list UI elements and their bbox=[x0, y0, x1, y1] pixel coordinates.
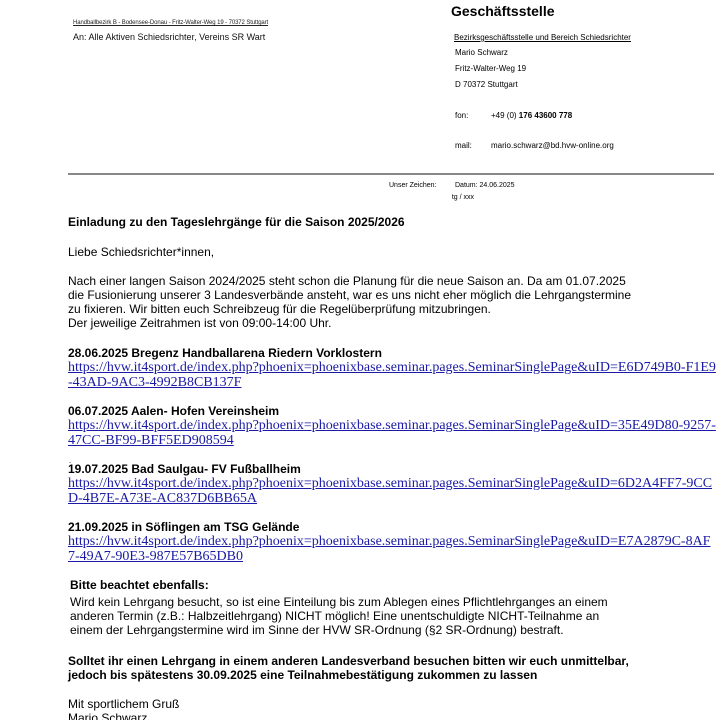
header-divider bbox=[68, 173, 714, 175]
warning-paragraph: Solltet ihr einen Lehrgang in einem ande… bbox=[68, 654, 718, 682]
office-title: Geschäftsstelle bbox=[451, 3, 555, 19]
event-registration-link[interactable]: https://hvw.it4sport.de/index.php?phoeni… bbox=[68, 476, 716, 506]
letter-date: Datum: 24.06.2025 bbox=[455, 182, 515, 189]
event-title: 06.07.2025 Aalen- Hofen Vereinsheim bbox=[68, 404, 718, 418]
office-city: D 70372 Stuttgart bbox=[455, 80, 518, 89]
event-registration-link[interactable]: https://hvw.it4sport.de/index.php?phoeni… bbox=[68, 418, 716, 448]
mail-label: mail: bbox=[455, 141, 472, 150]
mail-value[interactable]: mario.schwarz@bd.hvw-online.org bbox=[491, 141, 614, 150]
event-title: 28.06.2025 Bregenz Handballarena Riedern… bbox=[68, 346, 718, 360]
reference-label: Unser Zeichen: bbox=[389, 182, 436, 189]
phone-value: +49 (0) 176 43600 778 bbox=[491, 111, 572, 120]
note-paragraph: Wird kein Lehrgang besucht, so ist eine … bbox=[70, 595, 720, 637]
note-line: anderen Termin (z.B.: Halbzeitlehrgang) … bbox=[70, 609, 720, 623]
event-item: 19.07.2025 Bad Saulgau- FV Fußballheim h… bbox=[68, 462, 718, 506]
phone-label: fon: bbox=[455, 111, 468, 120]
event-registration-link[interactable]: https://hvw.it4sport.de/index.php?phoeni… bbox=[68, 534, 716, 564]
note-heading: Bitte beachtet ebenfalls: bbox=[70, 578, 209, 592]
phone-number: 176 43600 778 bbox=[519, 111, 572, 120]
closing-salutation: Mit sportlichem Gruß bbox=[68, 697, 179, 711]
office-street: Fritz-Walter-Weg 19 bbox=[455, 64, 526, 73]
intro-line: zu fixieren. Wir bitten euch Schreibzeug… bbox=[68, 302, 718, 316]
office-department: Bezirksgeschäftsstelle und Bereich Schie… bbox=[454, 33, 631, 42]
event-item: 06.07.2025 Aalen- Hofen Vereinsheim http… bbox=[68, 404, 718, 448]
intro-line: Nach einer langen Saison 2024/2025 steht… bbox=[68, 274, 718, 288]
phone-prefix: +49 (0) bbox=[491, 111, 519, 120]
intro-paragraph: Nach einer langen Saison 2024/2025 steht… bbox=[68, 274, 718, 330]
reference-value: tg / xxx bbox=[446, 194, 474, 201]
warning-line: jedoch bis spätestens 30.09.2025 eine Te… bbox=[68, 668, 718, 682]
letter-subject: Einladung zu den Tageslehrgänge für die … bbox=[68, 215, 405, 229]
note-line: Wird kein Lehrgang besucht, so ist eine … bbox=[70, 595, 720, 609]
event-title: 21.09.2025 in Söflingen am TSG Gelände bbox=[68, 520, 718, 534]
intro-line: die Fusionierung unserer 3 Landesverbänd… bbox=[68, 288, 718, 302]
sender-address-line: Handballbezirk B - Bodensee-Donau - Frit… bbox=[73, 20, 268, 26]
letter-greeting: Liebe Schiedsrichter*innen, bbox=[68, 245, 214, 259]
recipient-line: An: Alle Aktiven Schiedsrichter, Vereins… bbox=[73, 32, 265, 42]
closing-block: Mit sportlichem Gruß Mario Schwarz bbox=[68, 697, 179, 720]
closing-signature: Mario Schwarz bbox=[68, 711, 179, 720]
event-registration-link[interactable]: https://hvw.it4sport.de/index.php?phoeni… bbox=[68, 360, 716, 390]
event-item: 21.09.2025 in Söflingen am TSG Gelände h… bbox=[68, 520, 718, 564]
event-title: 19.07.2025 Bad Saulgau- FV Fußballheim bbox=[68, 462, 718, 476]
event-item: 28.06.2025 Bregenz Handballarena Riedern… bbox=[68, 346, 718, 390]
note-line: einem der Lehrgangstermine wird im Sinne… bbox=[70, 623, 720, 637]
intro-line: Der jeweilige Zeitrahmen ist von 09:00-1… bbox=[68, 316, 718, 330]
office-contact-name: Mario Schwarz bbox=[455, 48, 508, 57]
warning-line: Solltet ihr einen Lehrgang in einem ande… bbox=[68, 654, 718, 668]
